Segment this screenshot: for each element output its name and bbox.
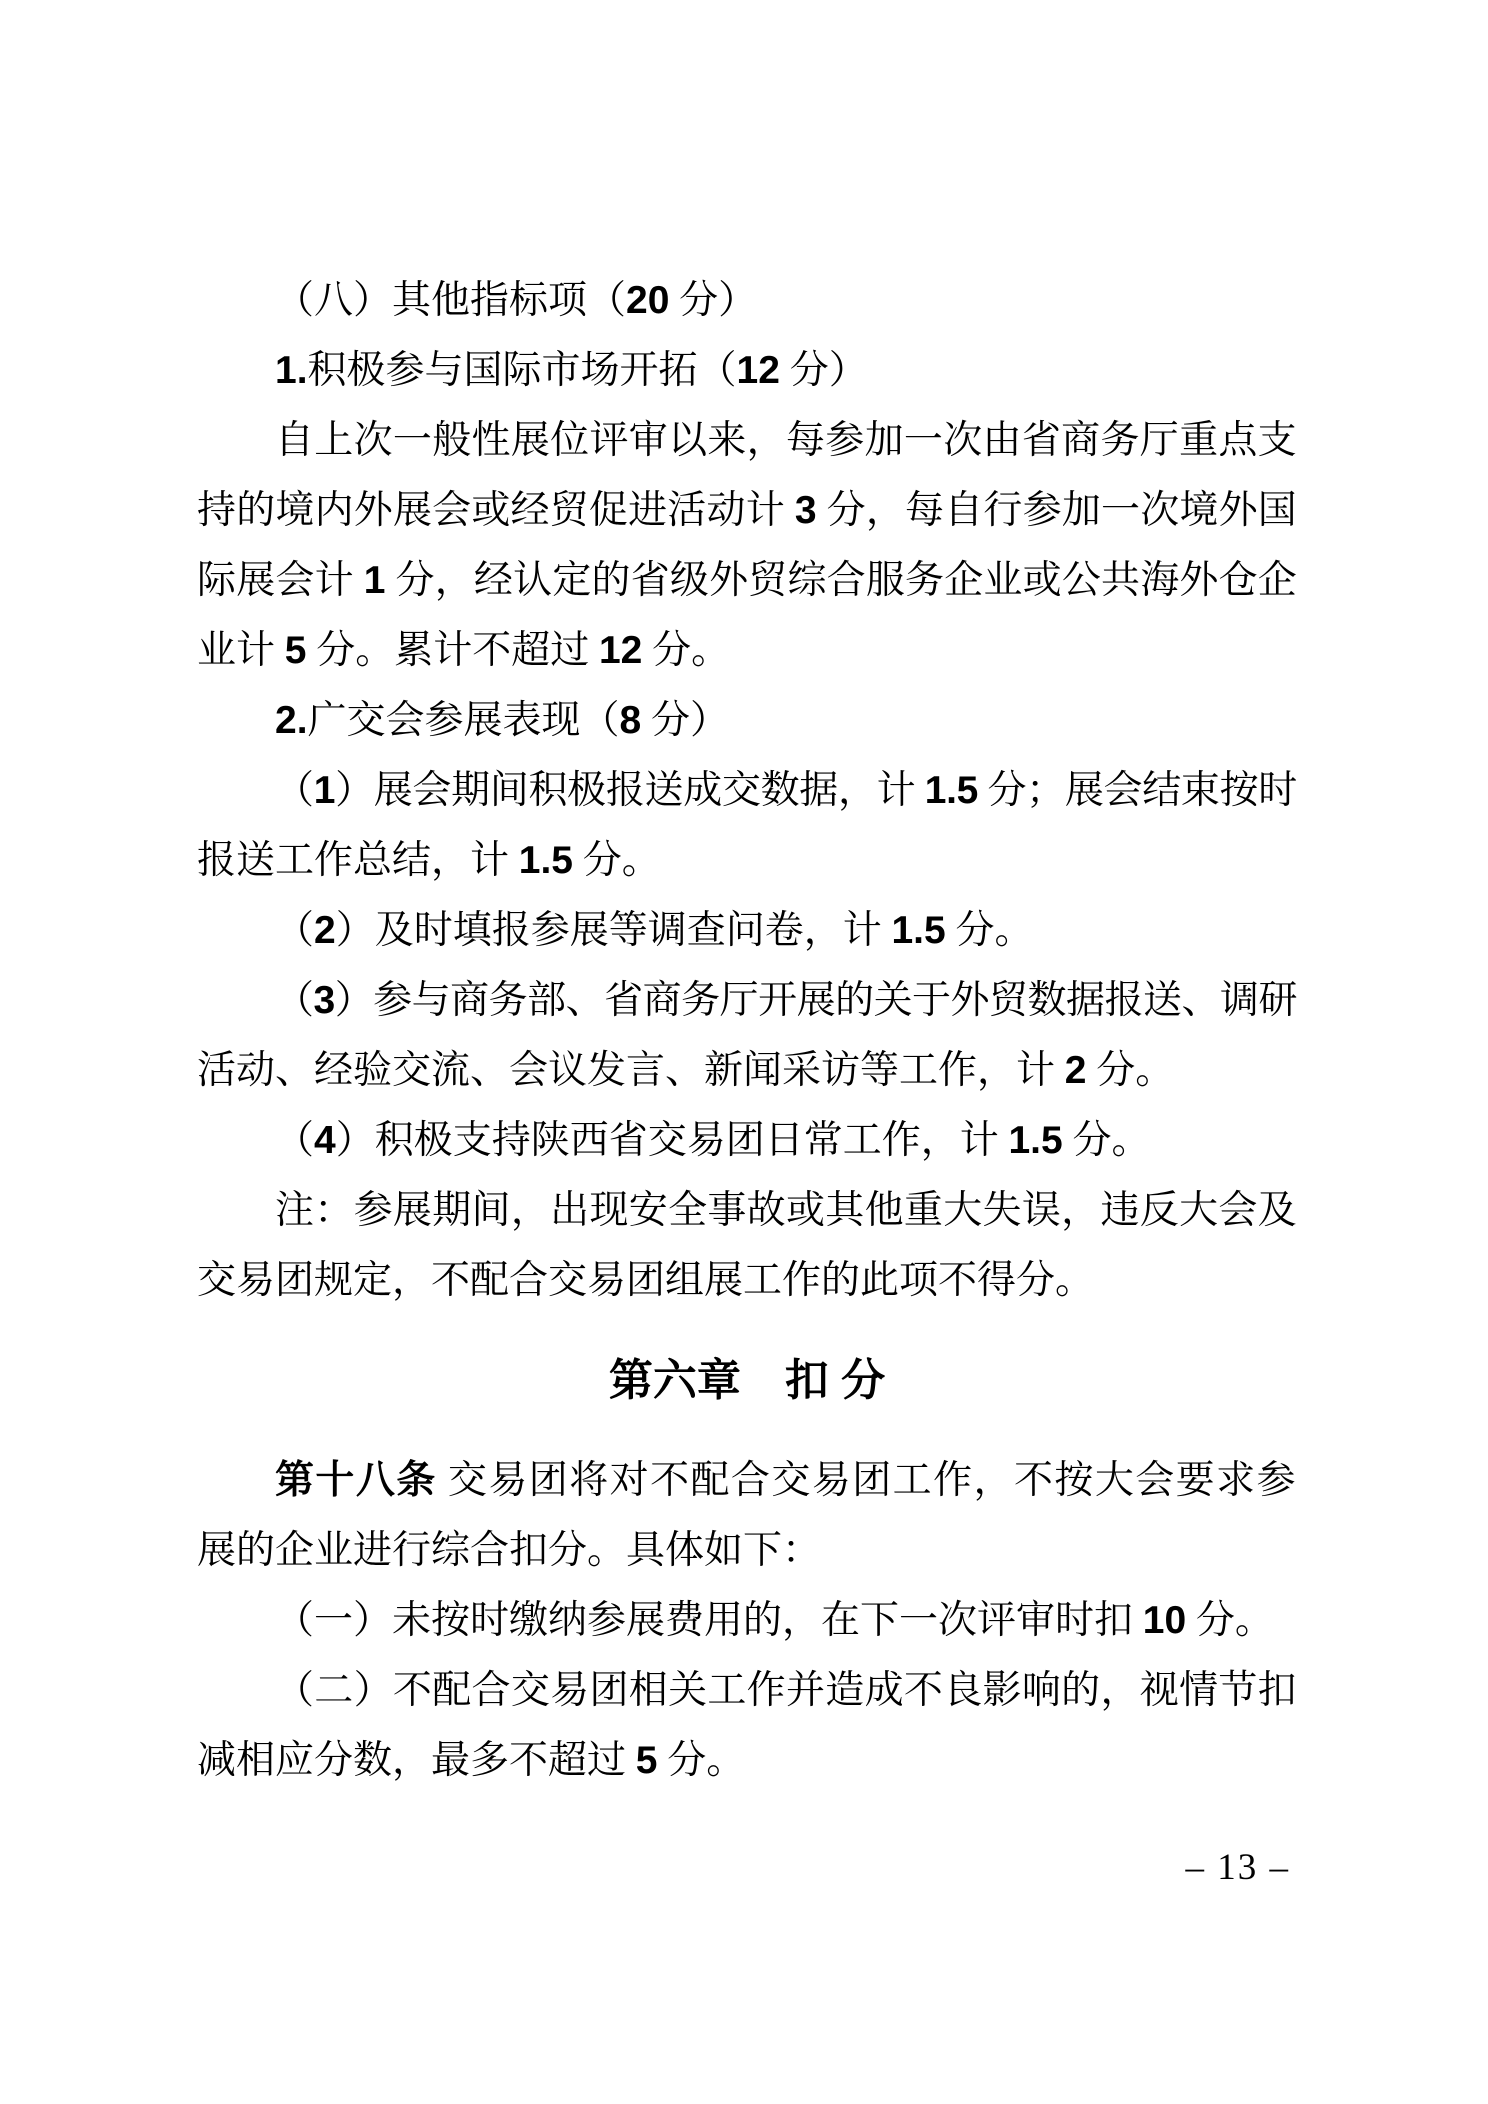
text-line: 注：参展期间，出现安全事故或其他重大失误，违反大会及 bbox=[197, 1176, 1297, 1246]
text-line-content: 活动、经验交流、会议发言、新闻采访等工作，计 2 分。 bbox=[197, 1049, 1174, 1092]
text-line: 第十八条 交易团将对不配合交易团工作，不按大会要求参 bbox=[197, 1446, 1297, 1516]
text-line-content: （二）不配合交易团相关工作并造成不良影响的，视情节扣 bbox=[275, 1669, 1297, 1712]
text-line-content: 持的境内外展会或经贸促进活动计 3 分，每自行参加一次境外国 bbox=[197, 489, 1297, 532]
score-number: 1. bbox=[275, 349, 308, 392]
text-line: 2.广交会参展表现（8 分） bbox=[197, 686, 1297, 756]
text-line: （4）积极支持陕西省交易团日常工作，计 1.5 分。 bbox=[197, 1106, 1297, 1176]
text-line: 持的境内外展会或经贸促进活动计 3 分，每自行参加一次境外国 bbox=[197, 476, 1297, 546]
document-page: （八）其他指标项（20 分）1.积极参与国际市场开拓（12 分）自上次一般性展位… bbox=[0, 0, 1488, 2104]
score-number: 5 bbox=[636, 1739, 658, 1782]
text-line-content: 业计 5 分。累计不超过 12 分。 bbox=[197, 629, 730, 672]
score-number: 2 bbox=[314, 909, 336, 952]
score-number: 1 bbox=[364, 559, 386, 602]
text-line: 展的企业进行综合扣分。具体如下： bbox=[197, 1516, 1297, 1586]
text-line: （2）及时填报参展等调查问卷，计 1.5 分。 bbox=[197, 896, 1297, 966]
score-number: 5 bbox=[285, 629, 307, 672]
score-number: 1 bbox=[314, 769, 335, 812]
score-number: 3 bbox=[314, 979, 335, 1022]
score-number: 4 bbox=[314, 1119, 336, 1162]
chapter-heading: 第六章 扣 分 bbox=[197, 1346, 1297, 1416]
text-line-content: （一）未按时缴纳参展费用的，在下一次评审时扣 10 分。 bbox=[275, 1599, 1274, 1642]
text-line: 自上次一般性展位评审以来，每参加一次由省商务厅重点支 bbox=[197, 406, 1297, 476]
text-line-content: （八）其他指标项（20 分） bbox=[275, 279, 757, 322]
text-line: 活动、经验交流、会议发言、新闻采访等工作，计 2 分。 bbox=[197, 1036, 1297, 1106]
text-line-content: （4）积极支持陕西省交易团日常工作，计 1.5 分。 bbox=[275, 1119, 1150, 1162]
text-line-content: 交易团规定，不配合交易团组展工作的此项不得分。 bbox=[197, 1259, 1094, 1302]
document-body: （八）其他指标项（20 分）1.积极参与国际市场开拓（12 分）自上次一般性展位… bbox=[197, 266, 1297, 1796]
page-number: – 13 – bbox=[1186, 1846, 1291, 1889]
text-line: 减相应分数，最多不超过 5 分。 bbox=[197, 1726, 1297, 1796]
chapter-heading-text: 第六章 扣 分 bbox=[609, 1356, 885, 1405]
text-line-content: （1）展会期间积极报送成交数据，计 1.5 分；展会结束按时 bbox=[275, 769, 1297, 812]
score-number: 10 bbox=[1143, 1599, 1186, 1642]
text-line-content: 2.广交会参展表现（8 分） bbox=[275, 699, 729, 742]
score-number: 1.5 bbox=[891, 909, 945, 952]
text-line: （3）参与商务部、省商务厅开展的关于外贸数据报送、调研 bbox=[197, 966, 1297, 1036]
text-line: （一）未按时缴纳参展费用的，在下一次评审时扣 10 分。 bbox=[197, 1586, 1297, 1656]
score-number: 8 bbox=[620, 699, 642, 742]
score-number: 12 bbox=[737, 349, 780, 392]
text-line: 1.积极参与国际市场开拓（12 分） bbox=[197, 336, 1297, 406]
score-number: 2 bbox=[1065, 1049, 1087, 1092]
article-number-bold: 第十八条 bbox=[275, 1459, 437, 1502]
text-line: 业计 5 分。累计不超过 12 分。 bbox=[197, 616, 1297, 686]
text-line-content: 第十八条 交易团将对不配合交易团工作，不按大会要求参 bbox=[275, 1459, 1297, 1502]
text-line-content: 自上次一般性展位评审以来，每参加一次由省商务厅重点支 bbox=[275, 419, 1297, 462]
text-line-content: 注：参展期间，出现安全事故或其他重大失误，违反大会及 bbox=[275, 1189, 1297, 1232]
text-line: （1）展会期间积极报送成交数据，计 1.5 分；展会结束按时 bbox=[197, 756, 1297, 826]
text-line-content: 1.积极参与国际市场开拓（12 分） bbox=[275, 349, 868, 392]
score-number: 1.5 bbox=[925, 769, 978, 812]
text-line: 报送工作总结，计 1.5 分。 bbox=[197, 826, 1297, 896]
text-line-content: 减相应分数，最多不超过 5 分。 bbox=[197, 1739, 745, 1782]
text-line-content: （2）及时填报参展等调查问卷，计 1.5 分。 bbox=[275, 909, 1033, 952]
score-number: 1.5 bbox=[1008, 1119, 1062, 1162]
text-line: 交易团规定，不配合交易团组展工作的此项不得分。 bbox=[197, 1246, 1297, 1316]
text-line: 际展会计 1 分，经认定的省级外贸综合服务企业或公共海外仓企 bbox=[197, 546, 1297, 616]
score-number: 1.5 bbox=[519, 839, 573, 882]
score-number: 12 bbox=[599, 629, 642, 672]
text-line-content: （3）参与商务部、省商务厅开展的关于外贸数据报送、调研 bbox=[275, 979, 1297, 1022]
text-line: （八）其他指标项（20 分） bbox=[197, 266, 1297, 336]
text-line-content: 报送工作总结，计 1.5 分。 bbox=[197, 839, 661, 882]
score-number: 3 bbox=[795, 489, 817, 532]
text-line: （二）不配合交易团相关工作并造成不良影响的，视情节扣 bbox=[197, 1656, 1297, 1726]
text-line-content: 际展会计 1 分，经认定的省级外贸综合服务企业或公共海外仓企 bbox=[197, 559, 1297, 602]
text-line-content: 展的企业进行综合扣分。具体如下： bbox=[197, 1529, 821, 1572]
score-number: 2. bbox=[275, 699, 308, 742]
score-number: 20 bbox=[626, 279, 669, 322]
